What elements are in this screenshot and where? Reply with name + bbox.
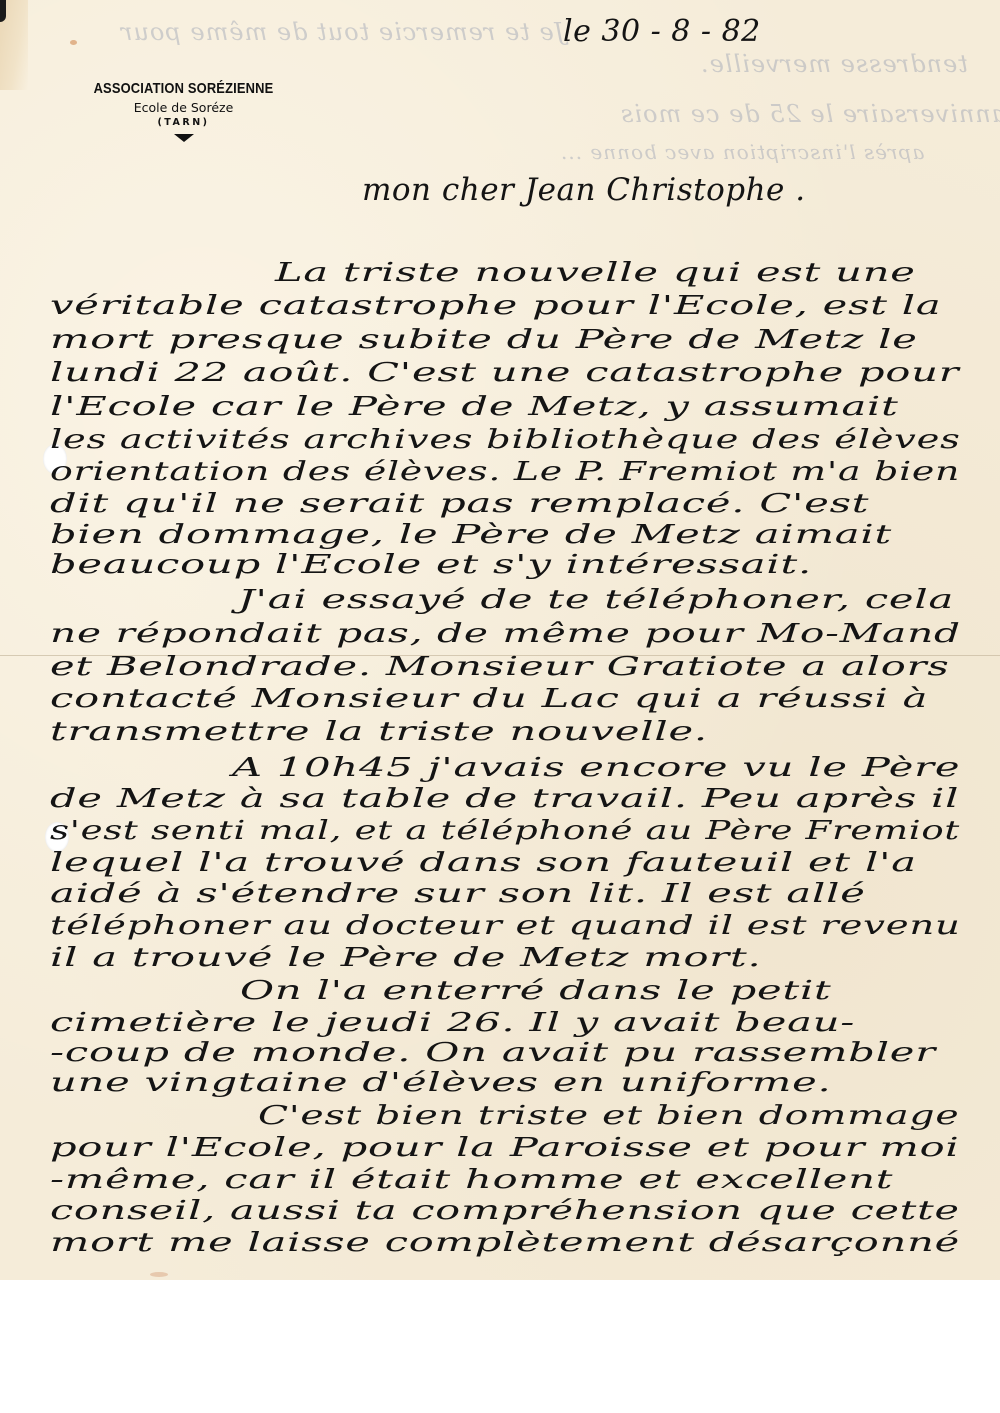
letter-date: le 30 - 8 - 82 <box>563 14 761 49</box>
paper-stain <box>150 1272 168 1277</box>
letter-line: mort presque subite du Père de Metz le <box>50 325 918 355</box>
letter-line: On l'a enterré dans le petit <box>240 976 832 1006</box>
letter-line: dit qu'il ne serait pas remplacé. C'est <box>50 489 869 519</box>
letter-line: A 10h45 j'avais encore vu le Père <box>232 753 960 783</box>
letterhead: ASSOCIATION SORÉZIENNE Ecole de Soréze (… <box>76 80 291 142</box>
letter-line: C'est bien triste et bien dommage <box>258 1101 959 1131</box>
letter-line: La triste nouvelle qui est une <box>275 258 916 288</box>
letterhead-school: Ecole de Soréze <box>76 100 291 115</box>
letter-line: bien dommage, le Père de Metz aimait <box>50 520 892 550</box>
bleed-through-line: après l'inscription avec bonne ... <box>560 140 924 164</box>
letter-line: orientation des élèves. Le P. Fremiot m'… <box>50 457 960 487</box>
letter-line: conseil, aussi ta compréhension que cett… <box>50 1196 960 1226</box>
letter-line: contacté Monsieur du Lac qui a réussi à <box>50 684 928 714</box>
letter-line: véritable catastrophe pour l'Ecole, est … <box>50 291 942 321</box>
letter-line: cimetière le jeudi 26. Il y avait beau- <box>50 1008 855 1038</box>
letter-line: téléphoner au docteur et quand il est re… <box>50 911 961 941</box>
letter-line: une vingtaine d'élèves en uniforme. <box>50 1068 832 1098</box>
letter-page: Je te remercie tout de même pour tendres… <box>0 0 1000 1280</box>
letter-line: pour l'Ecole, pour la Paroisse et pour m… <box>50 1133 960 1163</box>
letterhead-organization: ASSOCIATION SORÉZIENNE <box>91 80 276 97</box>
scan-bottom-margin <box>0 1280 1000 1413</box>
paper-stain <box>70 40 77 45</box>
letter-line: et Belondrade. Monsieur Gratiote a alors <box>50 652 949 682</box>
letter-line: -coup de monde. On avait pu rassembler <box>50 1038 936 1068</box>
letter-line: s'est senti mal, et a téléphoné au Père … <box>50 816 960 846</box>
letter-line: lundi 22 août. C'est une catastrophe pou… <box>50 358 959 388</box>
letter-line: J'ai essayé de te téléphoner, cela <box>238 585 954 615</box>
letter-line: de Metz à sa table de travail. Peu après… <box>50 784 959 814</box>
letter-line: aidé à s'étendre sur son lit. Il est all… <box>50 879 866 909</box>
letter-line: ne répondait pas, de même pour Mo-Mand <box>50 619 961 649</box>
letter-line: transmettre la triste nouvelle. <box>50 717 708 747</box>
bleed-through-line: tendresse merveille. <box>700 50 968 78</box>
letter-line: l'Ecole car le Père de Metz, y assumait <box>50 392 899 422</box>
letter-line: -même, car il était homme et excellent <box>50 1165 893 1195</box>
bleed-through-line: Je te remercie tout de même pour <box>120 18 564 46</box>
down-triangle-icon <box>174 134 194 142</box>
bleed-through-line: Le anniversaire le 25 de ce mois <box>620 100 1000 128</box>
letter-line: beaucoup l'Ecole et s'y intéressait. <box>50 550 812 580</box>
letter-line: les activités archives bibliothèque des … <box>50 425 961 455</box>
scan-corner-shadow <box>0 0 6 22</box>
letter-line: mort me laisse complètement désarçonné <box>50 1228 960 1258</box>
letter-line: lequel l'a trouvé dans son fauteuil et l… <box>50 848 917 878</box>
letter-salutation: mon cher Jean Christophe . <box>362 172 806 208</box>
letterhead-region: (TARN) <box>76 117 291 128</box>
letter-line: il a trouvé le Père de Metz mort. <box>50 943 762 973</box>
